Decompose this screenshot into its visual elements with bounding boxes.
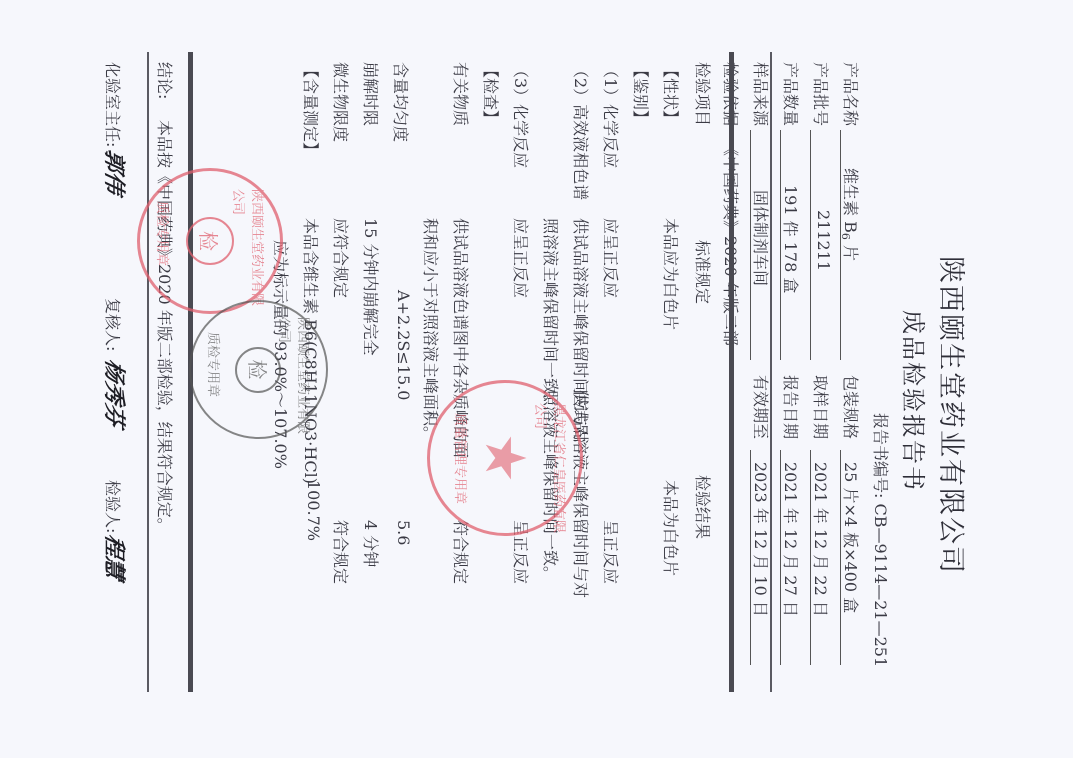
inspection-report-page: 陕西颐生堂药业有限公司 成品检验报告书 报告书编号: CB—9114—21—25…	[0, 0, 1073, 758]
row-result: 4 分钟	[360, 520, 383, 567]
underline	[780, 450, 781, 665]
header-item: 检验项目	[692, 62, 715, 126]
reviewer-label: 复核人:	[102, 298, 125, 351]
row-item: （1）化学反应	[600, 62, 623, 168]
sampling-date-label: 取样日期	[810, 375, 833, 439]
quantity-label: 产品数量	[780, 62, 803, 126]
batch-value: 211211	[814, 210, 833, 271]
table-top-thin-line	[770, 52, 772, 692]
row-standard: 应符合规定	[330, 218, 353, 298]
quantity-value: 191 件 178 盒	[780, 185, 803, 293]
gray-qc-stamp: 检 陕西颐生堂药业有限公司 质检专用章	[189, 300, 328, 439]
report-title: 成品检验报告书	[898, 310, 933, 492]
underline	[840, 450, 841, 665]
inspector-signature: 程慧	[100, 532, 131, 583]
row-item: 微生物限度	[330, 62, 353, 142]
header-standard: 标准规定	[692, 240, 715, 304]
row-standard-cont: 积和应小于对照溶液主峰面积。	[420, 218, 443, 442]
package-label: 包装规格	[840, 375, 863, 439]
row-item: 含量均匀度	[390, 62, 413, 142]
sampling-date-value: 2021 年 12 月 22 日	[810, 462, 833, 617]
row-result: 本品为白色片	[660, 480, 683, 576]
lab-director-label: 化验室主任:	[102, 62, 125, 147]
star-icon: ★	[473, 433, 538, 483]
row-item: 【性状】	[660, 62, 683, 126]
row-standard: 15 分钟内崩解完全	[360, 218, 383, 355]
row-item: 有关物质	[450, 62, 473, 126]
underline	[810, 450, 811, 665]
row-result: 呈正反应	[600, 520, 623, 584]
company-name: 陕西颐生堂药业有限公司	[934, 256, 973, 575]
report-number: 报告书编号: CB—9114—21—251	[870, 413, 893, 667]
row-standard: 本品应为白色片	[660, 218, 683, 330]
row-item: 【鉴别】	[630, 62, 653, 126]
reviewer-signature: 杨秀芬	[100, 357, 131, 430]
row-result: 符合规定	[450, 520, 473, 584]
underline	[840, 130, 841, 360]
table-top-thick-line	[729, 52, 734, 692]
underline	[810, 130, 811, 360]
report-number-value: CB—9114—21—251	[871, 504, 890, 668]
row-item: 【检查】	[480, 62, 503, 126]
report-date-value: 2021 年 12 月 27 日	[780, 462, 803, 617]
row-standard-cont: 照溶液主峰保留时间一致。	[540, 218, 563, 410]
report-date-label: 报告日期	[780, 375, 803, 439]
underline	[780, 130, 781, 360]
batch-label: 产品批号	[810, 62, 833, 126]
conclusion-bottom-line	[147, 52, 149, 692]
row-standard: 应呈正反应	[600, 218, 623, 298]
header-result: 检验结果	[692, 475, 715, 539]
conclusion-label: 结论:	[154, 62, 177, 99]
row-item: 【含量测定】	[300, 62, 323, 158]
product-name-value: 维生素 B6 片	[839, 168, 863, 261]
red-quality-stamp-top: ★ 黑龙江省仁皇医药有限公司 质量管理专用章	[427, 380, 583, 536]
row-result: 100.7%	[304, 480, 323, 541]
row-standard: 应呈正反应	[510, 218, 533, 298]
row-standard: A+2.2S≤15.0	[394, 290, 413, 400]
red-qc-stamp-bottom: 检 陕西颐生堂药业有限公司 质检专用章	[137, 168, 283, 314]
row-result: 5.6	[394, 520, 413, 545]
row-result: 符合规定	[330, 520, 353, 584]
row-item: 崩解时限	[360, 62, 383, 126]
underline	[750, 130, 751, 360]
package-value: 25 片×4 板×400 盒	[840, 462, 863, 613]
row-item: （3）化学反应	[510, 62, 533, 168]
row-item: （2）高效液相色谱	[570, 62, 593, 200]
underline	[750, 450, 751, 665]
lab-director-signature: 郭伟	[100, 147, 131, 198]
report-number-label: 报告书编号:	[871, 413, 890, 498]
inspector-label: 检验人:	[102, 480, 125, 533]
product-name-label: 产品名称	[840, 62, 863, 126]
